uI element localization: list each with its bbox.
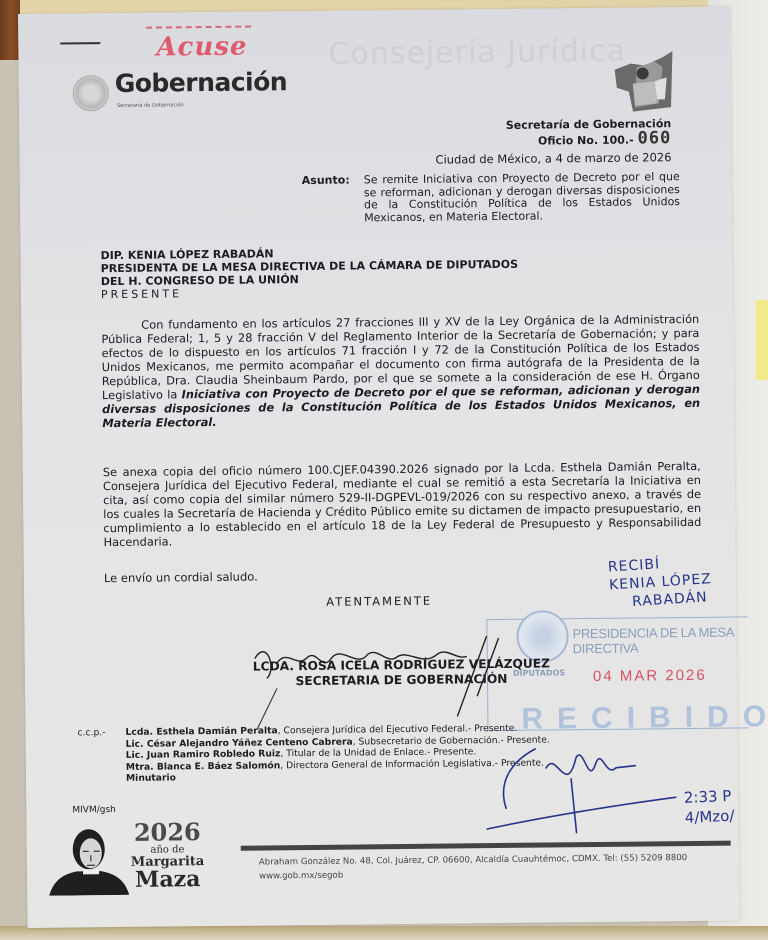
signatory-block: LCDA. ROSA ICELA RODRÍGUEZ VELÁZQUEZ SEC…	[253, 656, 550, 689]
paragraph-1-initiative-title: Iniciativa con Proyecto de Decreto por e…	[102, 382, 700, 430]
year-dedication-year: 2026	[130, 820, 204, 845]
footer-contact: Abraham González No. 48, Col. Juárez, CP…	[259, 851, 688, 883]
closing-greeting: Le envío un cordial saludo.	[104, 570, 258, 586]
letter-page: Consejería Jurídica Acuse Gobernación Se…	[18, 7, 740, 928]
ccp-label: c.c.p.-	[77, 727, 105, 739]
asunto-block: Asunto: Se remite Iniciativa con Proyect…	[302, 171, 682, 175]
agency-subtitle: Secretaría de Gobernación	[117, 102, 184, 109]
acuse-stamp-text: Acuse	[156, 32, 247, 63]
header-block: Secretaría de Gobernación Oficio No. 100…	[506, 117, 672, 149]
agency-name: Gobernación	[115, 67, 288, 98]
typist-initials: MIVM/gsh	[72, 805, 116, 815]
oficio-line: Oficio No. 100.-060	[506, 131, 672, 149]
asunto-label: Asunto:	[302, 175, 350, 188]
year-dedication: 2026 año de Margarita Maza	[130, 820, 204, 891]
body-paragraph-1: Con fundamento en los artículos 27 fracc…	[101, 312, 700, 430]
footer-divider	[241, 841, 731, 851]
handwritten-time: 2:33 P 4/Mzo/	[683, 786, 734, 828]
oficio-number: 060	[638, 128, 672, 148]
mexico-coat-of-arms-icon	[73, 75, 109, 111]
flag-emblem-icon	[610, 47, 677, 114]
asunto-text: Se remite Iniciativa con Proyecto de Dec…	[364, 171, 681, 224]
body-paragraph-2: Se anexa copia del oficio número 100.CJE…	[103, 459, 702, 549]
addressee-block: DIP. KENIA LÓPEZ RABADÁN PRESIDENTA DE L…	[100, 245, 518, 301]
year-dedication-last-name: Maza	[131, 868, 205, 891]
handwritten-time-line: 2:33 P	[683, 786, 734, 808]
yellow-sticky-edge	[756, 300, 768, 380]
receiver-signature-icon	[476, 737, 697, 839]
show-through-text: Consejería Jurídica	[328, 34, 626, 72]
atentamente: ATENTAMENTE	[326, 594, 432, 609]
margarita-maza-portrait-icon	[49, 825, 130, 896]
receipt-stamp-date: 04 MAR 2026	[593, 667, 707, 685]
acuse-stamp: Acuse	[146, 25, 261, 62]
pen-mark	[60, 42, 100, 44]
handwritten-receipt-note: RECIBÍ KENIA LÓPEZ RABADÁN	[607, 552, 713, 612]
signatory-title: SECRETARIA DE GOBERNACIÓN	[253, 671, 550, 689]
receipt-stamp-recibido: RECIBIDO	[521, 700, 768, 737]
oficio-label: Oficio No. 100.-	[538, 134, 634, 148]
handwritten-date-line: 4/Mzo/	[684, 806, 735, 828]
place-date: Ciudad de México, a 4 de marzo de 2026	[435, 150, 671, 166]
bottom-edge	[0, 926, 768, 940]
receipt-stamp-office: PRESIDENCIA DE LA MESA DIRECTIVA	[572, 625, 736, 657]
